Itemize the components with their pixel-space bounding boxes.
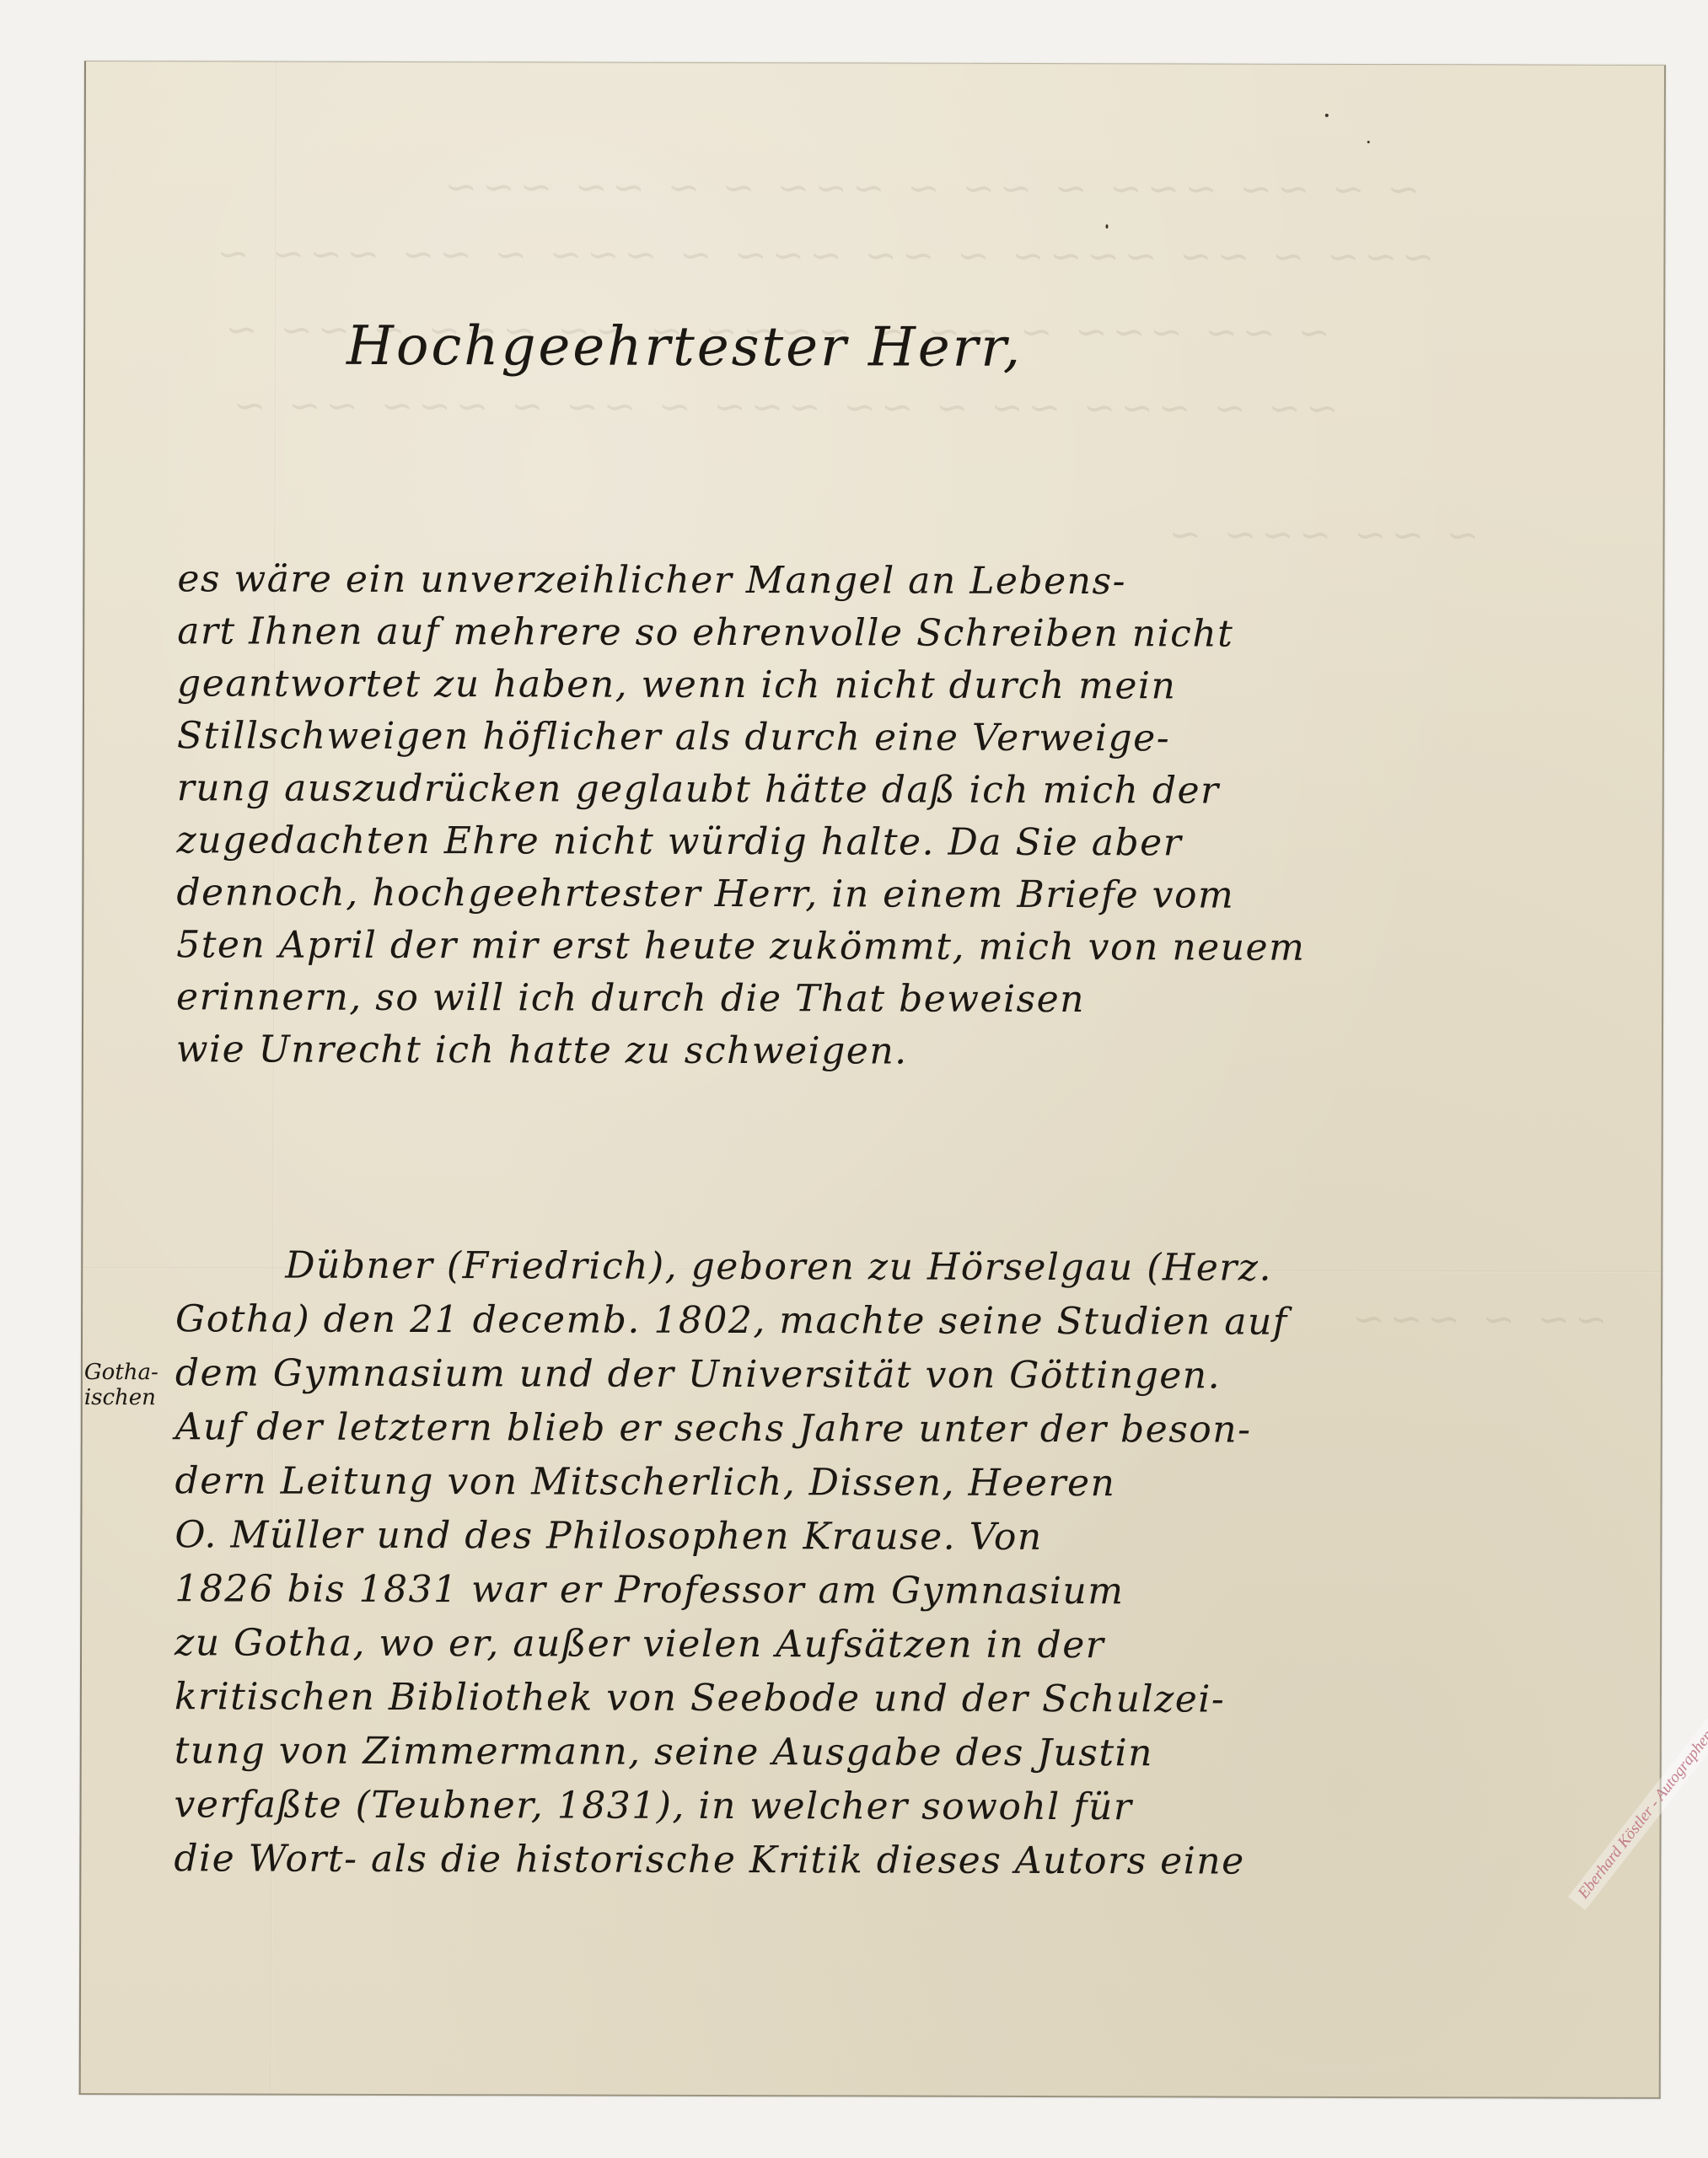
salutation: Hochgeehrtester Herr, [346, 315, 1023, 379]
text-line: dennoch, hochgeehrtester Herr, in einem … [176, 871, 1234, 916]
paragraph-1: es wäre ein unverzeihlicher Mangel an Le… [86, 62, 1664, 66]
text-line: Gotha) den 21 decemb. 1802, machte seine… [175, 1297, 1288, 1343]
margin-note: Gotha- ischen [84, 1360, 158, 1410]
text-line: Dübner (Friedrich), geboren zu Hörselgau… [285, 1244, 1272, 1290]
text-line: zugedachten Ehre nicht würdig halte. Da … [177, 819, 1183, 864]
text-line: dern Leitung von Mitscherlich, Dissen, H… [175, 1459, 1116, 1505]
text-line: O. Müller und des Philosophen Krause. Vo… [175, 1513, 1042, 1559]
margin-note-line: ischen [84, 1385, 158, 1410]
text-line: dem Gymnasium und der Universität von Gö… [175, 1351, 1221, 1397]
paragraph-2: Dübner (Friedrich), geboren zu Hörselgau… [86, 62, 1664, 66]
text-line: Auf der letztern blieb er sechs Jahre un… [175, 1405, 1252, 1451]
text-line: wie Unrecht ich hatte zu schweigen. [176, 1028, 908, 1072]
text-line: verfaßte (Teubner, 1831), in welcher sow… [175, 1783, 1133, 1828]
letter-page: ~ ~ ~~ ~~~ ~ ~~ ~ ~~~ ~ ~ ~~ ~~~ ~~~ ~ ~… [79, 61, 1666, 2099]
text-line: geantwortet zu haben, wenn ich nicht dur… [177, 662, 1176, 707]
text-line: kritischen Bibliothek von Seebode und de… [175, 1675, 1225, 1720]
text-line: zu Gotha, wo er, außer vielen Aufsätzen … [175, 1621, 1104, 1667]
text-line: rung auszudrücken geglaubt hätte daß ich… [177, 766, 1220, 812]
text-line: es wäre ein unverzeihlicher Mangel an Le… [177, 557, 1126, 603]
text-line: art Ihnen auf mehrere so ehrenvolle Schr… [177, 609, 1233, 655]
text-line: 5ten April der mir erst heute zukömmt, m… [176, 923, 1305, 969]
margin-note-line: Gotha- [84, 1360, 158, 1385]
text-line: erinnern, so will ich durch die That bew… [176, 975, 1085, 1021]
text-line: tung von Zimmermann, seine Ausgabe des J… [175, 1729, 1153, 1774]
text-line: die Wort- als die historische Kritik die… [174, 1837, 1244, 1882]
text-line: Stillschweigen höflicher als durch eine … [177, 714, 1170, 760]
text-line: 1826 bis 1831 war er Professor am Gymnas… [175, 1567, 1124, 1613]
